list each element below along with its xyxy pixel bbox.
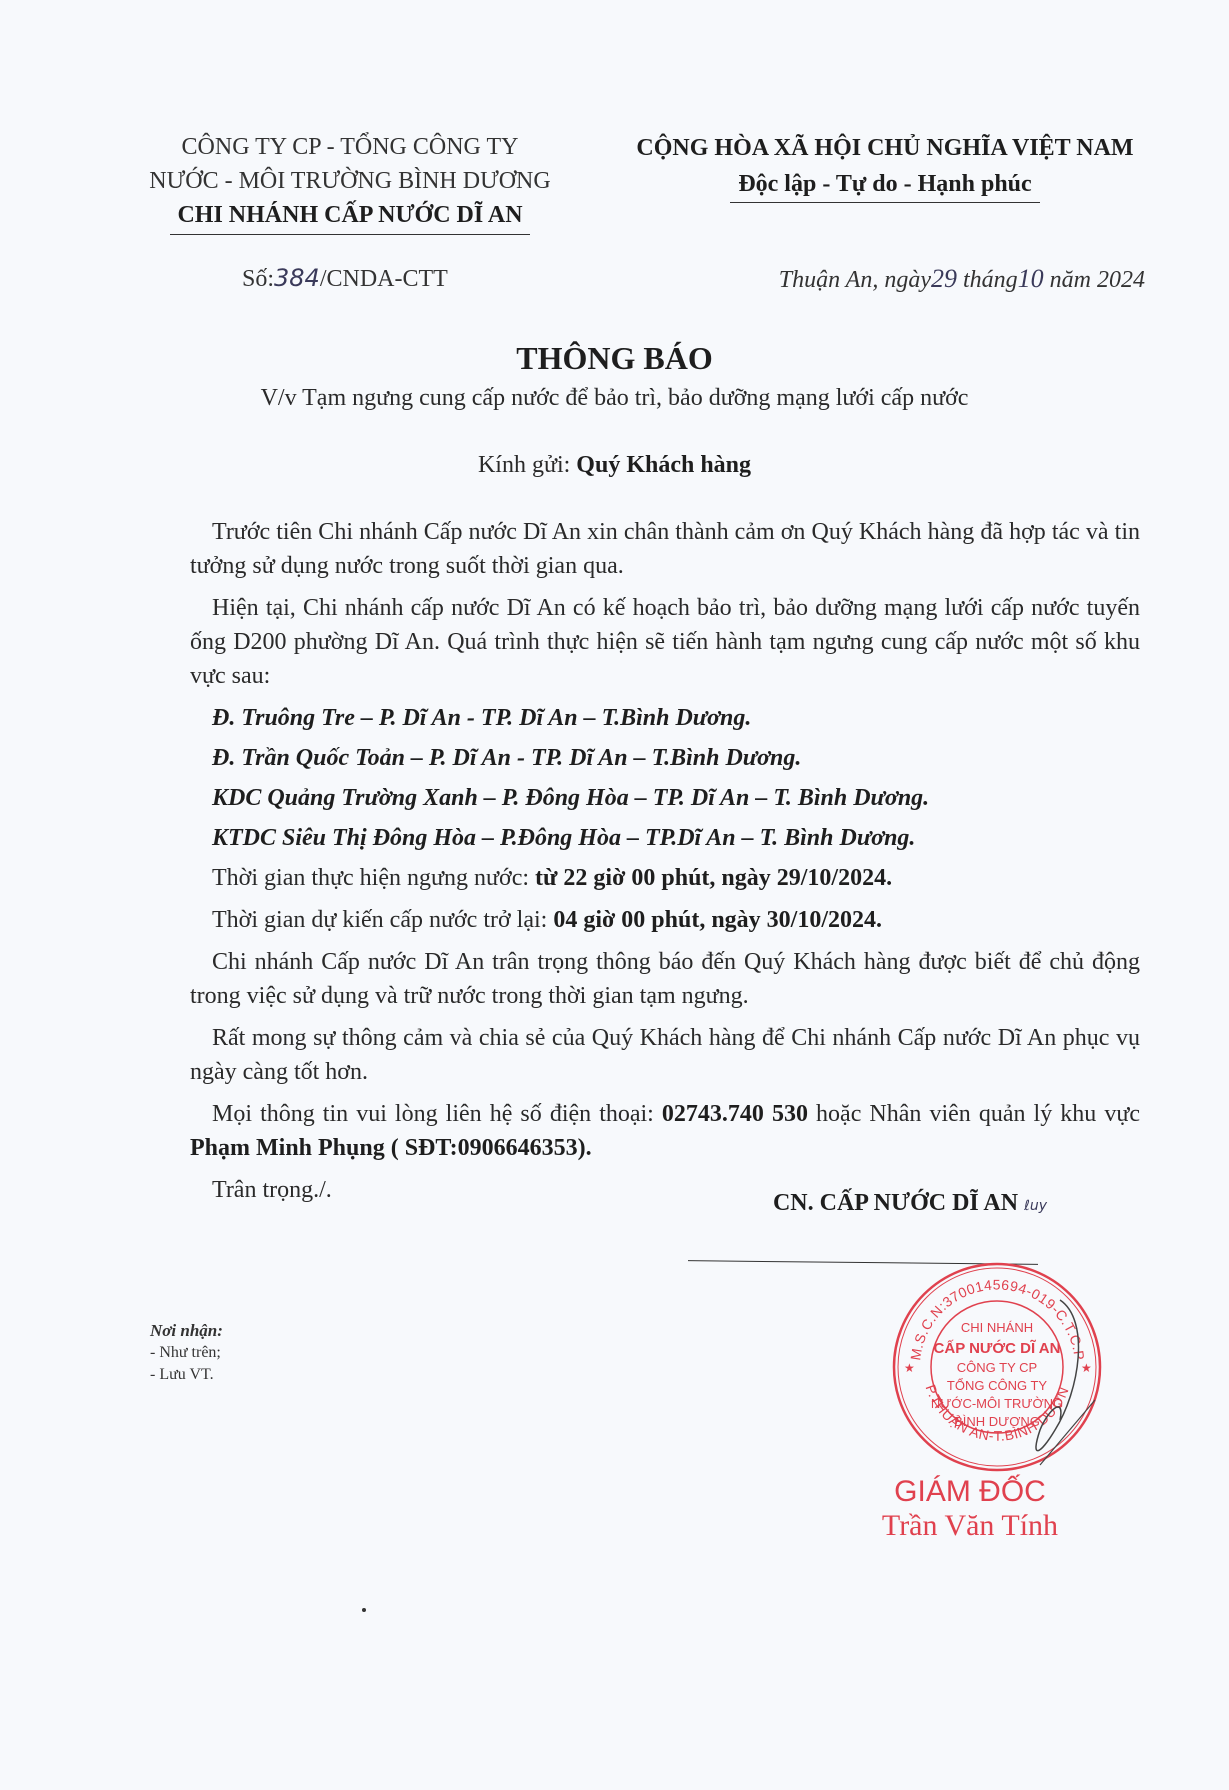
contact-mid: hoặc Nhân viên quản lý khu vực [808, 1101, 1140, 1127]
recipient-item: - Như trên; [150, 1342, 223, 1364]
speck [362, 1608, 366, 1612]
svg-text:CẤP NƯỚC DĨ AN: CẤP NƯỚC DĨ AN [934, 1339, 1061, 1357]
greeting: Kính gửi: Quý Khách hàng [0, 452, 1229, 479]
contact-person: Phạm Minh Phụng ( SĐT:0906646353). [190, 1135, 592, 1161]
svg-text:CÔNG TY CP: CÔNG TY CP [957, 1360, 1037, 1375]
doc-number-handwritten: 384 [274, 264, 320, 292]
recipients-block: Nơi nhận: - Như trên; - Lưu VT. [150, 1320, 223, 1386]
resume-time: Thời gian dự kiến cấp nước trở lại: 04 g… [190, 903, 1140, 937]
motto-underline [730, 202, 1040, 203]
document-title: THÔNG BÁO [0, 340, 1229, 377]
svg-text:NƯỚC-MÔI TRƯỜNG: NƯỚC-MÔI TRƯỜNG [931, 1396, 1063, 1411]
document-page: CÔNG TY CP - TỔNG CÔNG TY NƯỚC - MÔI TRƯ… [0, 0, 1229, 1790]
resume-time-label: Thời gian dự kiến cấp nước trở lại: [212, 907, 553, 933]
svg-text:TỔNG CÔNG TY: TỔNG CÔNG TY [947, 1378, 1047, 1393]
document-subject: V/v Tạm ngưng cung cấp nước để bảo trì, … [0, 385, 1229, 412]
document-body: Trước tiên Chi nhánh Cấp nước Dĩ An xin … [190, 515, 1140, 1215]
initial-mark: ℓuy [1024, 1198, 1047, 1214]
issuer-underline [170, 234, 530, 235]
affected-area: Đ. Truông Tre – P. Dĩ An - TP. Dĩ An – T… [212, 701, 1140, 735]
director-name: Trần Văn Tính [820, 1509, 1120, 1543]
body-paragraph-apology: Rất mong sự thông cảm và chia sẻ của Quý… [190, 1021, 1140, 1089]
affected-area: KTDC Siêu Thị Đông Hòa – P.Đông Hòa – TP… [212, 821, 1140, 855]
official-seal-icon: M.S.C.N:3700145694-019-C.T.C.P TP.THUẬN … [890, 1260, 1105, 1475]
doc-number-suffix: /CNDA-CTT [320, 266, 448, 292]
star-icon: ★ [904, 1361, 915, 1375]
date-month-label: tháng [957, 267, 1018, 293]
svg-text:BÌNH DƯƠNG: BÌNH DƯƠNG [954, 1414, 1040, 1429]
star-icon: ★ [1081, 1361, 1092, 1375]
date-month: 10 [1018, 264, 1044, 293]
contact-phone: 02743.740 530 [662, 1101, 808, 1127]
country-name: CỘNG HÒA XÃ HỘI CHỦ NGHĨA VIỆT NAM [605, 130, 1165, 166]
affected-area: KDC Quảng Trường Xanh – P. Đông Hòa – TP… [212, 781, 1140, 815]
body-paragraph-notice: Chi nhánh Cấp nước Dĩ An trân trọng thôn… [190, 945, 1140, 1013]
issuer-line-1: CÔNG TY CP - TỔNG CÔNG TY [130, 130, 570, 164]
date-year: năm 2024 [1044, 267, 1145, 293]
resume-time-value: 04 giờ 00 phút, ngày 30/10/2024. [553, 907, 882, 933]
national-header: CỘNG HÒA XÃ HỘI CHỦ NGHĨA VIỆT NAM Độc l… [605, 130, 1165, 203]
issuer-line-2: NƯỚC - MÔI TRƯỜNG BÌNH DƯƠNG [130, 164, 570, 198]
svg-text:CHI NHÁNH: CHI NHÁNH [961, 1320, 1033, 1335]
signature-org-name: CN. CẤP NƯỚC DĨ AN [773, 1190, 1018, 1216]
director-title: GIÁM ĐỐC [820, 1475, 1120, 1509]
issuer-header: CÔNG TY CP - TỔNG CÔNG TY NƯỚC - MÔI TRƯ… [130, 130, 570, 235]
contact-info: Mọi thông tin vui lòng liên hệ số điện t… [190, 1097, 1140, 1165]
date-day: 29 [931, 264, 957, 293]
body-paragraph-thanks: Trước tiên Chi nhánh Cấp nước Dĩ An xin … [190, 515, 1140, 583]
stop-time-value: từ 22 giờ 00 phút, ngày 29/10/2024. [535, 865, 892, 891]
national-motto: Độc lập - Tự do - Hạnh phúc [605, 166, 1165, 202]
stop-time-label: Thời gian thực hiện ngưng nước: [212, 865, 535, 891]
affected-area: Đ. Trần Quốc Toản – P. Dĩ An - TP. Dĩ An… [212, 741, 1140, 775]
date-place: Thuận An, ngày [779, 267, 931, 293]
recipient-item: - Lưu VT. [150, 1364, 223, 1386]
greeting-recipient: Quý Khách hàng [576, 452, 751, 478]
issuer-branch: CHI NHÁNH CẤP NƯỚC DĨ AN [130, 198, 570, 232]
director-block: GIÁM ĐỐC Trần Văn Tính [820, 1475, 1120, 1543]
contact-prefix: Mọi thông tin vui lòng liên hệ số điện t… [212, 1101, 662, 1127]
body-paragraph-plan: Hiện tại, Chi nhánh cấp nước Dĩ An có kế… [190, 591, 1140, 693]
document-number: Số:384/CNDA-CTT [242, 264, 448, 293]
stop-time: Thời gian thực hiện ngưng nước: từ 22 gi… [190, 861, 1140, 895]
signature-org: CN. CẤP NƯỚC DĨ AN ℓuy [700, 1190, 1120, 1217]
doc-number-prefix: Số: [242, 266, 274, 292]
date-line: Thuận An, ngày29 tháng10 năm 2024 [700, 264, 1145, 294]
recipients-label: Nơi nhận: [150, 1320, 223, 1342]
greeting-label: Kính gửi: [478, 452, 576, 478]
